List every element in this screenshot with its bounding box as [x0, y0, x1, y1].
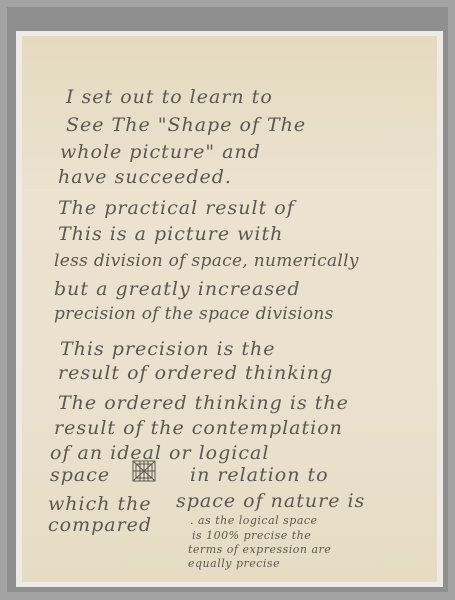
note-line-3: terms of expression are — [188, 543, 331, 556]
note-line-4: equally precise — [188, 557, 280, 570]
text-line-15: space — [50, 464, 110, 486]
text-line-11: result of ordered thinking — [58, 362, 333, 384]
text-line-4: have succeeded. — [58, 166, 232, 188]
text-line-19: compared — [48, 514, 152, 536]
text-line-16: in relation to — [190, 464, 329, 486]
note-line-1: . as the logical space — [190, 514, 318, 527]
text-line-17: which the — [48, 493, 152, 515]
text-line-12: The ordered thinking is the — [58, 392, 349, 414]
text-line-8: but a greatly increased — [54, 278, 301, 300]
note-line-2: is 100% precise the — [192, 529, 311, 542]
text-line-5: The practical result of — [58, 197, 295, 219]
text-line-3: whole picture" and — [60, 141, 261, 163]
text-line-9: precision of the space divisions — [54, 304, 334, 324]
text-line-2: See The "Shape of The — [66, 114, 306, 136]
text-line-10: This precision is the — [60, 338, 276, 360]
text-line-14: of an ideal or logical — [50, 442, 269, 464]
text-line-1: I set out to learn to — [66, 86, 273, 108]
text-line-13: result of the contemplation — [54, 417, 343, 439]
text-line-7: less division of space, numerically — [54, 251, 359, 271]
square-grid-sketch-icon — [131, 459, 157, 483]
text-line-18: space of nature is — [176, 490, 365, 512]
text-line-6: This is a picture with — [58, 223, 283, 245]
